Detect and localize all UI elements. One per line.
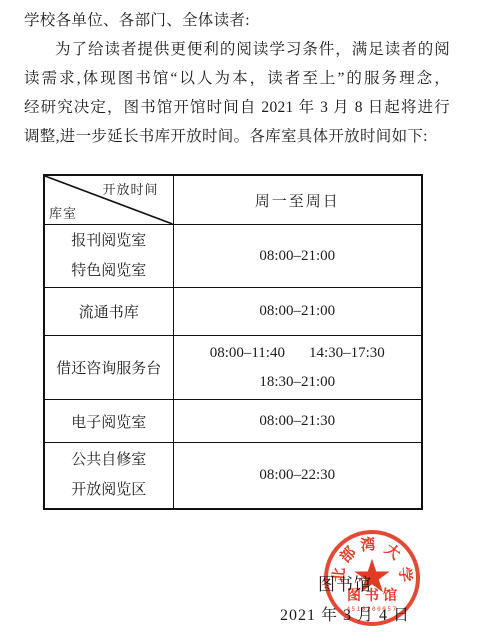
room-line: 公共自修室 xyxy=(45,445,173,475)
corner-header-cell: 开放时间 库室 xyxy=(44,175,173,225)
room-cell: 公共自修室 开放阅览区 xyxy=(44,443,173,509)
table-row: 借还咨询服务台 08:00–11:40 14:30–17:30 18:30–21… xyxy=(44,336,422,400)
seal-arc-char: 学 xyxy=(395,566,417,583)
room-line: 报刊阅览室 xyxy=(45,226,173,256)
room-cell: 报刊阅览室 特色阅览室 xyxy=(44,225,173,288)
seal-arc-char: 湾 xyxy=(359,533,376,556)
corner-label-open-time: 开放时间 xyxy=(102,179,158,198)
time-line: 08:00–21:00 xyxy=(174,297,422,326)
weekday-header-cell: 周一至周日 xyxy=(173,175,422,225)
table-row: 电子阅览室 08:00–21:30 xyxy=(44,400,422,443)
paragraph-line: 读需求,体现图书馆“以人为本，读者至上”的服务理念， xyxy=(24,64,450,93)
time-line: 08:00–21:00 xyxy=(174,242,422,271)
seal-arc-char: 大 xyxy=(381,538,406,564)
time-cell: 08:00–11:40 14:30–17:30 18:30–21:00 xyxy=(173,336,422,400)
opening-hours-table: 开放时间 库室 周一至周日 报刊阅览室 特色阅览室 08:00–21:00 流通… xyxy=(43,174,423,510)
letter-body: 学校各单位、各部门、全体读者: 为了给读者提供更便利的阅读学习条件，满足读者的阅… xyxy=(24,6,450,151)
time-cell: 08:00–21:00 xyxy=(173,225,422,288)
room-cell: 电子阅览室 xyxy=(44,400,173,443)
time-line: 18:30–21:00 xyxy=(174,368,422,397)
time-cell: 08:00–21:00 xyxy=(173,288,422,336)
time-cell: 08:00–22:30 xyxy=(173,443,422,509)
notice-document-page: 学校各单位、各部门、全体读者: 为了给读者提供更便利的阅读学习条件，满足读者的阅… xyxy=(0,0,499,642)
time-segment: 08:00–11:40 xyxy=(210,339,285,368)
time-cell: 08:00–21:30 xyxy=(173,400,422,443)
time-line: 08:00–21:30 xyxy=(174,407,422,436)
table-row: 报刊阅览室 特色阅览室 08:00–21:00 xyxy=(44,225,422,288)
paragraph-line: 为了给读者提供更便利的阅读学习条件，满足读者的阅 xyxy=(24,35,450,64)
seal-arc-char: 部 xyxy=(335,542,361,567)
signature-org: 图书馆 xyxy=(318,570,372,595)
paragraph-line: 调整,进一步延长书库开放时间。各库室具体开放时间如下: xyxy=(24,122,450,151)
time-segment: 14:30–17:30 xyxy=(309,339,385,368)
signature-date: 2021 年 3 月 4 日 xyxy=(280,602,410,625)
paragraph-line: 经研究决定，图书馆开馆时间自 2021 年 3 月 8 日起将进行 xyxy=(24,93,450,122)
table-row: 公共自修室 开放阅览区 08:00–22:30 xyxy=(44,443,422,509)
corner-label-room: 库室 xyxy=(49,203,77,222)
room-line: 开放阅览区 xyxy=(45,475,173,505)
salutation-line: 学校各单位、各部门、全体读者: xyxy=(24,6,450,35)
room-cell: 流通书库 xyxy=(44,288,173,336)
time-line: 08:00–11:40 14:30–17:30 xyxy=(174,339,422,368)
time-line: 08:00–22:30 xyxy=(174,461,422,490)
room-cell: 借还咨询服务台 xyxy=(44,336,173,400)
room-line: 特色阅览室 xyxy=(45,256,173,286)
table-row: 流通书库 08:00–21:00 xyxy=(44,288,422,336)
